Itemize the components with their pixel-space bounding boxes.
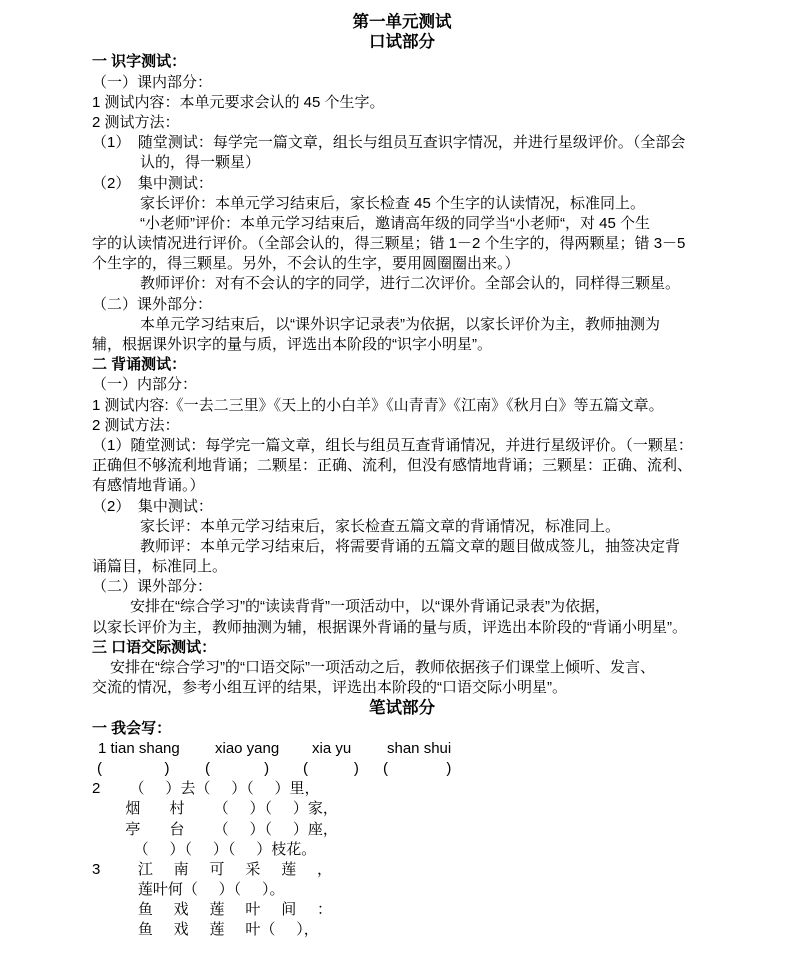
doc-line: 教师评价：对有不会认的字的同学，进行二次评价。全部会认的，同样得三颗星。 <box>92 274 712 294</box>
answer-bracket: ( ) <box>383 759 451 779</box>
doc-line: 本单元学习结束后，以“课外识字记录表”为依据，以家长评价为主，教师抽测为 <box>92 315 712 335</box>
heading-wohuixie: 一 我会写： <box>92 719 712 739</box>
doc-line: 有感情地背诵。） <box>92 476 712 496</box>
doc-line: 教师评：本单元学习结束后，将需要背诵的五篇文章的题目做成签儿，抽签决定背 <box>92 537 712 557</box>
written-section-heading: 笔试部分 <box>92 698 712 718</box>
doc-line: （2） 集中测试： <box>92 497 712 517</box>
doc-line: 辅，根据课外识字的量与质，评选出本阶段的“识字小明星”。 <box>92 335 712 355</box>
poem-line: 3 江 南 可 采 莲 ， <box>92 860 712 880</box>
doc-line: 认的，得一颗星） <box>92 153 712 173</box>
answer-bracket: ( ) <box>97 759 170 779</box>
doc-line: （二）课外部分： <box>92 295 712 315</box>
doc-line: “小老师”评价：本单元学习结束后，邀请高年级的同学当“小老师“，对 45 个生 <box>92 214 712 234</box>
doc-line: 2 测试方法： <box>92 113 712 133</box>
heading-shizi-test: 一 识字测试： <box>92 52 712 72</box>
oral-section-heading: 口试部分 <box>92 32 712 52</box>
doc-line: （2） 集中测试： <box>92 174 712 194</box>
heading-beisong-test: 二 背诵测试： <box>92 355 712 375</box>
doc-line: （二）课外部分： <box>92 577 712 597</box>
pinyin-word: shan shui <box>387 739 451 759</box>
poem-line: 亭 台 （ ）（ ）座， <box>92 820 712 840</box>
doc-line: 2 测试方法： <box>92 416 712 436</box>
document-page: 第一单元测试 口试部分 一 识字测试： （一）课内部分： 1 测试内容：本单元要… <box>0 0 800 963</box>
doc-line: 1 测试内容：本单元要求会认的 45 个生字。 <box>92 93 712 113</box>
doc-line: 字的认读情况进行评价。（全部会认的，得三颗星；错 1－2 个生字的，得两颗星；错… <box>92 234 712 254</box>
poem-line: 鱼 戏 莲 叶（ ）， <box>92 920 712 940</box>
answer-brackets-row: ( ) ( ) ( ) ( ) <box>92 759 712 779</box>
doc-line: 安排在“综合学习”的“读读背背”一项活动中，以“课外背诵记录表”为依据， <box>92 597 712 617</box>
doc-line: 以家长评价为主，教师抽测为辅，根据课外背诵的量与质，评选出本阶段的“背诵小明星”… <box>92 618 712 638</box>
poem-line: 2 （ ）去（ ）（ ）里， <box>92 779 712 799</box>
pinyin-row: 1 tian shang xiao yang xia yu shan shui <box>92 739 712 759</box>
doc-line: 安排在“综合学习”的“口语交际”一项活动之后，教师依据孩子们课堂上倾听、发言、 <box>92 658 712 678</box>
answer-bracket: ( ) <box>205 759 269 779</box>
heading-kouyu-test: 三 口语交际测试： <box>92 638 712 658</box>
doc-line: （1） 随堂测试：每学完一篇文章，组长与组员互查识字情况，并进行星级评价。（全部… <box>92 133 712 153</box>
doc-line: 交流的情况，参考小组互评的结果，评选出本阶段的“口语交际小明星”。 <box>92 678 712 698</box>
doc-line: （一）课内部分： <box>92 73 712 93</box>
poem-line: 莲叶何（ ）（ ）。 <box>92 880 712 900</box>
doc-line: （一）内部分： <box>92 375 712 395</box>
poem-line: 鱼 戏 莲 叶 间 ： <box>92 900 712 920</box>
doc-title: 第一单元测试 <box>92 12 712 32</box>
doc-line: 正确但不够流利地背诵；二颗星：正确、流利，但没有感情地背诵；三颗星：正确、流利、 <box>92 456 712 476</box>
doc-line: 1 测试内容:《一去二三里》《天上的小白羊》《山青青》《江南》《秋月白》等五篇文… <box>92 396 712 416</box>
doc-line: 家长评价：本单元学习结束后，家长检查 45 个生字的认读情况，标准同上。 <box>92 194 712 214</box>
poem-line: 烟 村 （ ）（ ）家， <box>92 799 712 819</box>
pinyin-word: xiao yang <box>215 739 279 759</box>
answer-bracket: ( ) <box>303 759 359 779</box>
doc-line: 诵篇目，标准同上。 <box>92 557 712 577</box>
pinyin-word: 1 tian shang <box>98 739 180 759</box>
doc-line: （1）随堂测试：每学完一篇文章，组长与组员互查背诵情况，并进行星级评价。（一颗星… <box>92 436 712 456</box>
poem-line: （ ）（ ）（ ）枝花。 <box>92 840 712 860</box>
doc-line: 个生字的，得三颗星。另外，不会认的生字，要用圆圈圈出来。） <box>92 254 712 274</box>
pinyin-word: xia yu <box>312 739 351 759</box>
doc-line: 家长评：本单元学习结束后，家长检查五篇文章的背诵情况，标准同上。 <box>92 517 712 537</box>
document-body: 第一单元测试 口试部分 一 识字测试： （一）课内部分： 1 测试内容：本单元要… <box>92 12 712 941</box>
